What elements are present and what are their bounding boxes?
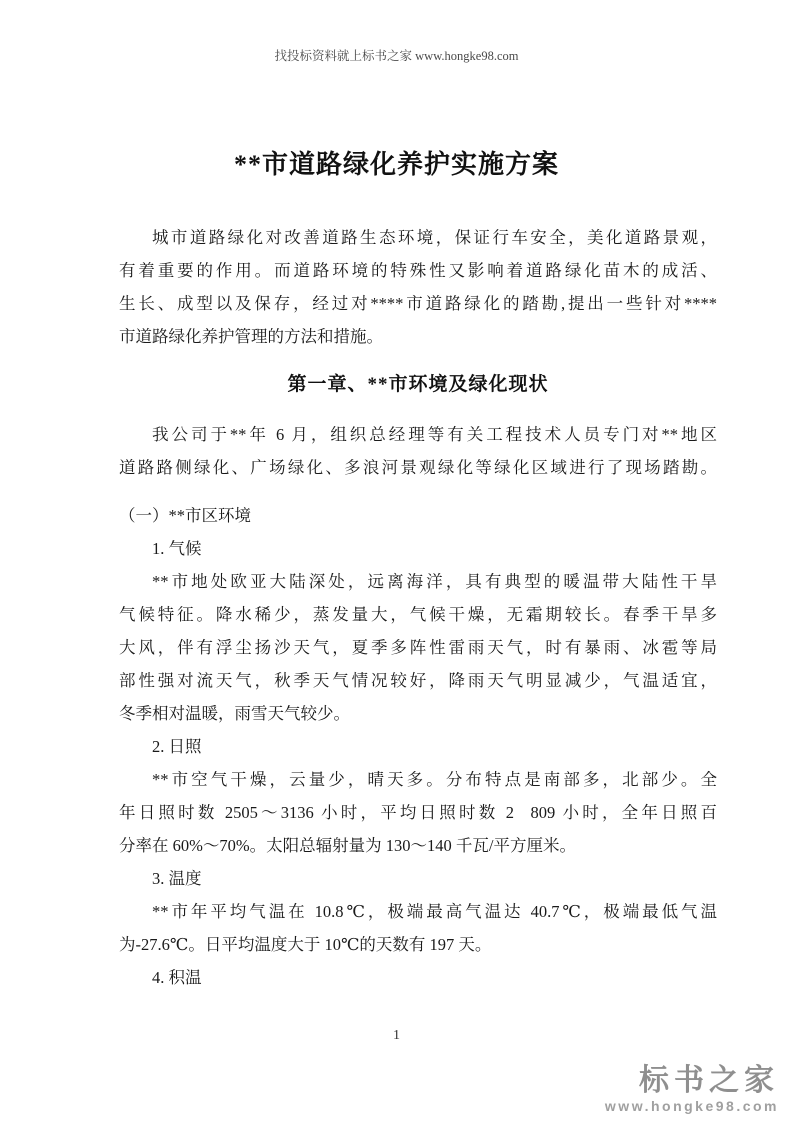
temperature-paragraph: **市年平均气温在 10.8℃，极端最高气温达 40.7℃，极端最低气温 为-2… <box>119 895 717 961</box>
text-line: 为-27.6℃。日平均温度大于 10℃的天数有 197 天。 <box>119 928 717 961</box>
site-header-text: 找投标资料就上标书之家 www.hongke98.com <box>0 0 793 64</box>
watermark-url: www.hongke98.com <box>605 1099 779 1114</box>
intro-paragraph: 城市道路绿化对改善道路生态环境，保证行车安全，美化道路景观， 有着重要的作用。而… <box>119 221 717 353</box>
document-body: 城市道路绿化对改善道路生态环境，保证行车安全，美化道路景观， 有着重要的作用。而… <box>119 221 717 994</box>
text-line: 市道路绿化养护管理的方法和措施。 <box>119 320 717 353</box>
watermark: 标书之家 www.hongke98.com <box>605 1065 779 1114</box>
text-line: 城市道路绿化对改善道路生态环境，保证行车安全，美化道路景观， <box>119 221 717 254</box>
text-line: 分率在 60%～70%。太阳总辐射量为 130～140 千瓦/平方厘米。 <box>119 829 717 862</box>
sunshine-paragraph: **市空气干燥，云量少，晴天多。分布特点是南部多，北部少。全 年日照时数 250… <box>119 763 717 862</box>
watermark-logo: 标书之家 <box>605 1065 779 1097</box>
section-1-label: （一）**市区环境 <box>119 499 717 532</box>
item-1-climate-label: 1. 气候 <box>119 532 717 565</box>
text-line: 部性强对流天气，秋季天气情况较好，降雨天气明显减少，气温适宜， <box>119 664 717 697</box>
page-number: 1 <box>0 1028 793 1044</box>
chapter-1-heading: 第一章、**市环境及绿化现状 <box>119 371 717 399</box>
text-line: **市年平均气温在 10.8℃，极端最高气温达 40.7℃，极端最低气温 <box>119 895 717 928</box>
item-3-temperature-label: 3. 温度 <box>119 862 717 895</box>
text-line: 道路路侧绿化、广场绿化、多浪河景观绿化等绿化区域进行了现场踏勘。 <box>119 451 717 484</box>
item-4-accumulated-temperature-label: 4. 积温 <box>119 961 717 994</box>
text-line: **市地处欧亚大陆深处，远离海洋，具有典型的暖温带大陆性干旱 <box>119 565 717 598</box>
survey-paragraph: 我公司于**年 6 月，组织总经理等有关工程技术人员专门对**地区 道路路侧绿化… <box>119 418 717 484</box>
text-line: 有着重要的作用。而道路环境的特殊性又影响着道路绿化苗木的成活、 <box>119 254 717 287</box>
text-line: 生长、成型以及保存，经过对****市道路绿化的踏勘,提出一些针对**** <box>119 287 717 320</box>
climate-paragraph: **市地处欧亚大陆深处，远离海洋，具有典型的暖温带大陆性干旱 气候特征。降水稀少… <box>119 565 717 730</box>
text-line: 气候特征。降水稀少，蒸发量大，气候干燥，无霜期较长。春季干旱多 <box>119 598 717 631</box>
text-line: 我公司于**年 6 月，组织总经理等有关工程技术人员专门对**地区 <box>119 418 717 451</box>
document-title: **市道路绿化养护实施方案 <box>0 147 793 183</box>
text-line: **市空气干燥，云量少，晴天多。分布特点是南部多，北部少。全 <box>119 763 717 796</box>
text-line: 冬季相对温暖，雨雪天气较少。 <box>119 697 717 730</box>
section-environment: （一）**市区环境 1. 气候 **市地处欧亚大陆深处，远离海洋，具有典型的暖温… <box>119 499 717 994</box>
text-line: 年日照时数 2505～3136 小时，平均日照时数 2 809 小时，全年日照百 <box>119 796 717 829</box>
text-line: 大风，伴有浮尘扬沙天气，夏季多阵性雷雨天气，时有暴雨、冰雹等局 <box>119 631 717 664</box>
item-2-sunshine-label: 2. 日照 <box>119 730 717 763</box>
document-page: 找投标资料就上标书之家 www.hongke98.com **市道路绿化养护实施… <box>0 0 793 1122</box>
